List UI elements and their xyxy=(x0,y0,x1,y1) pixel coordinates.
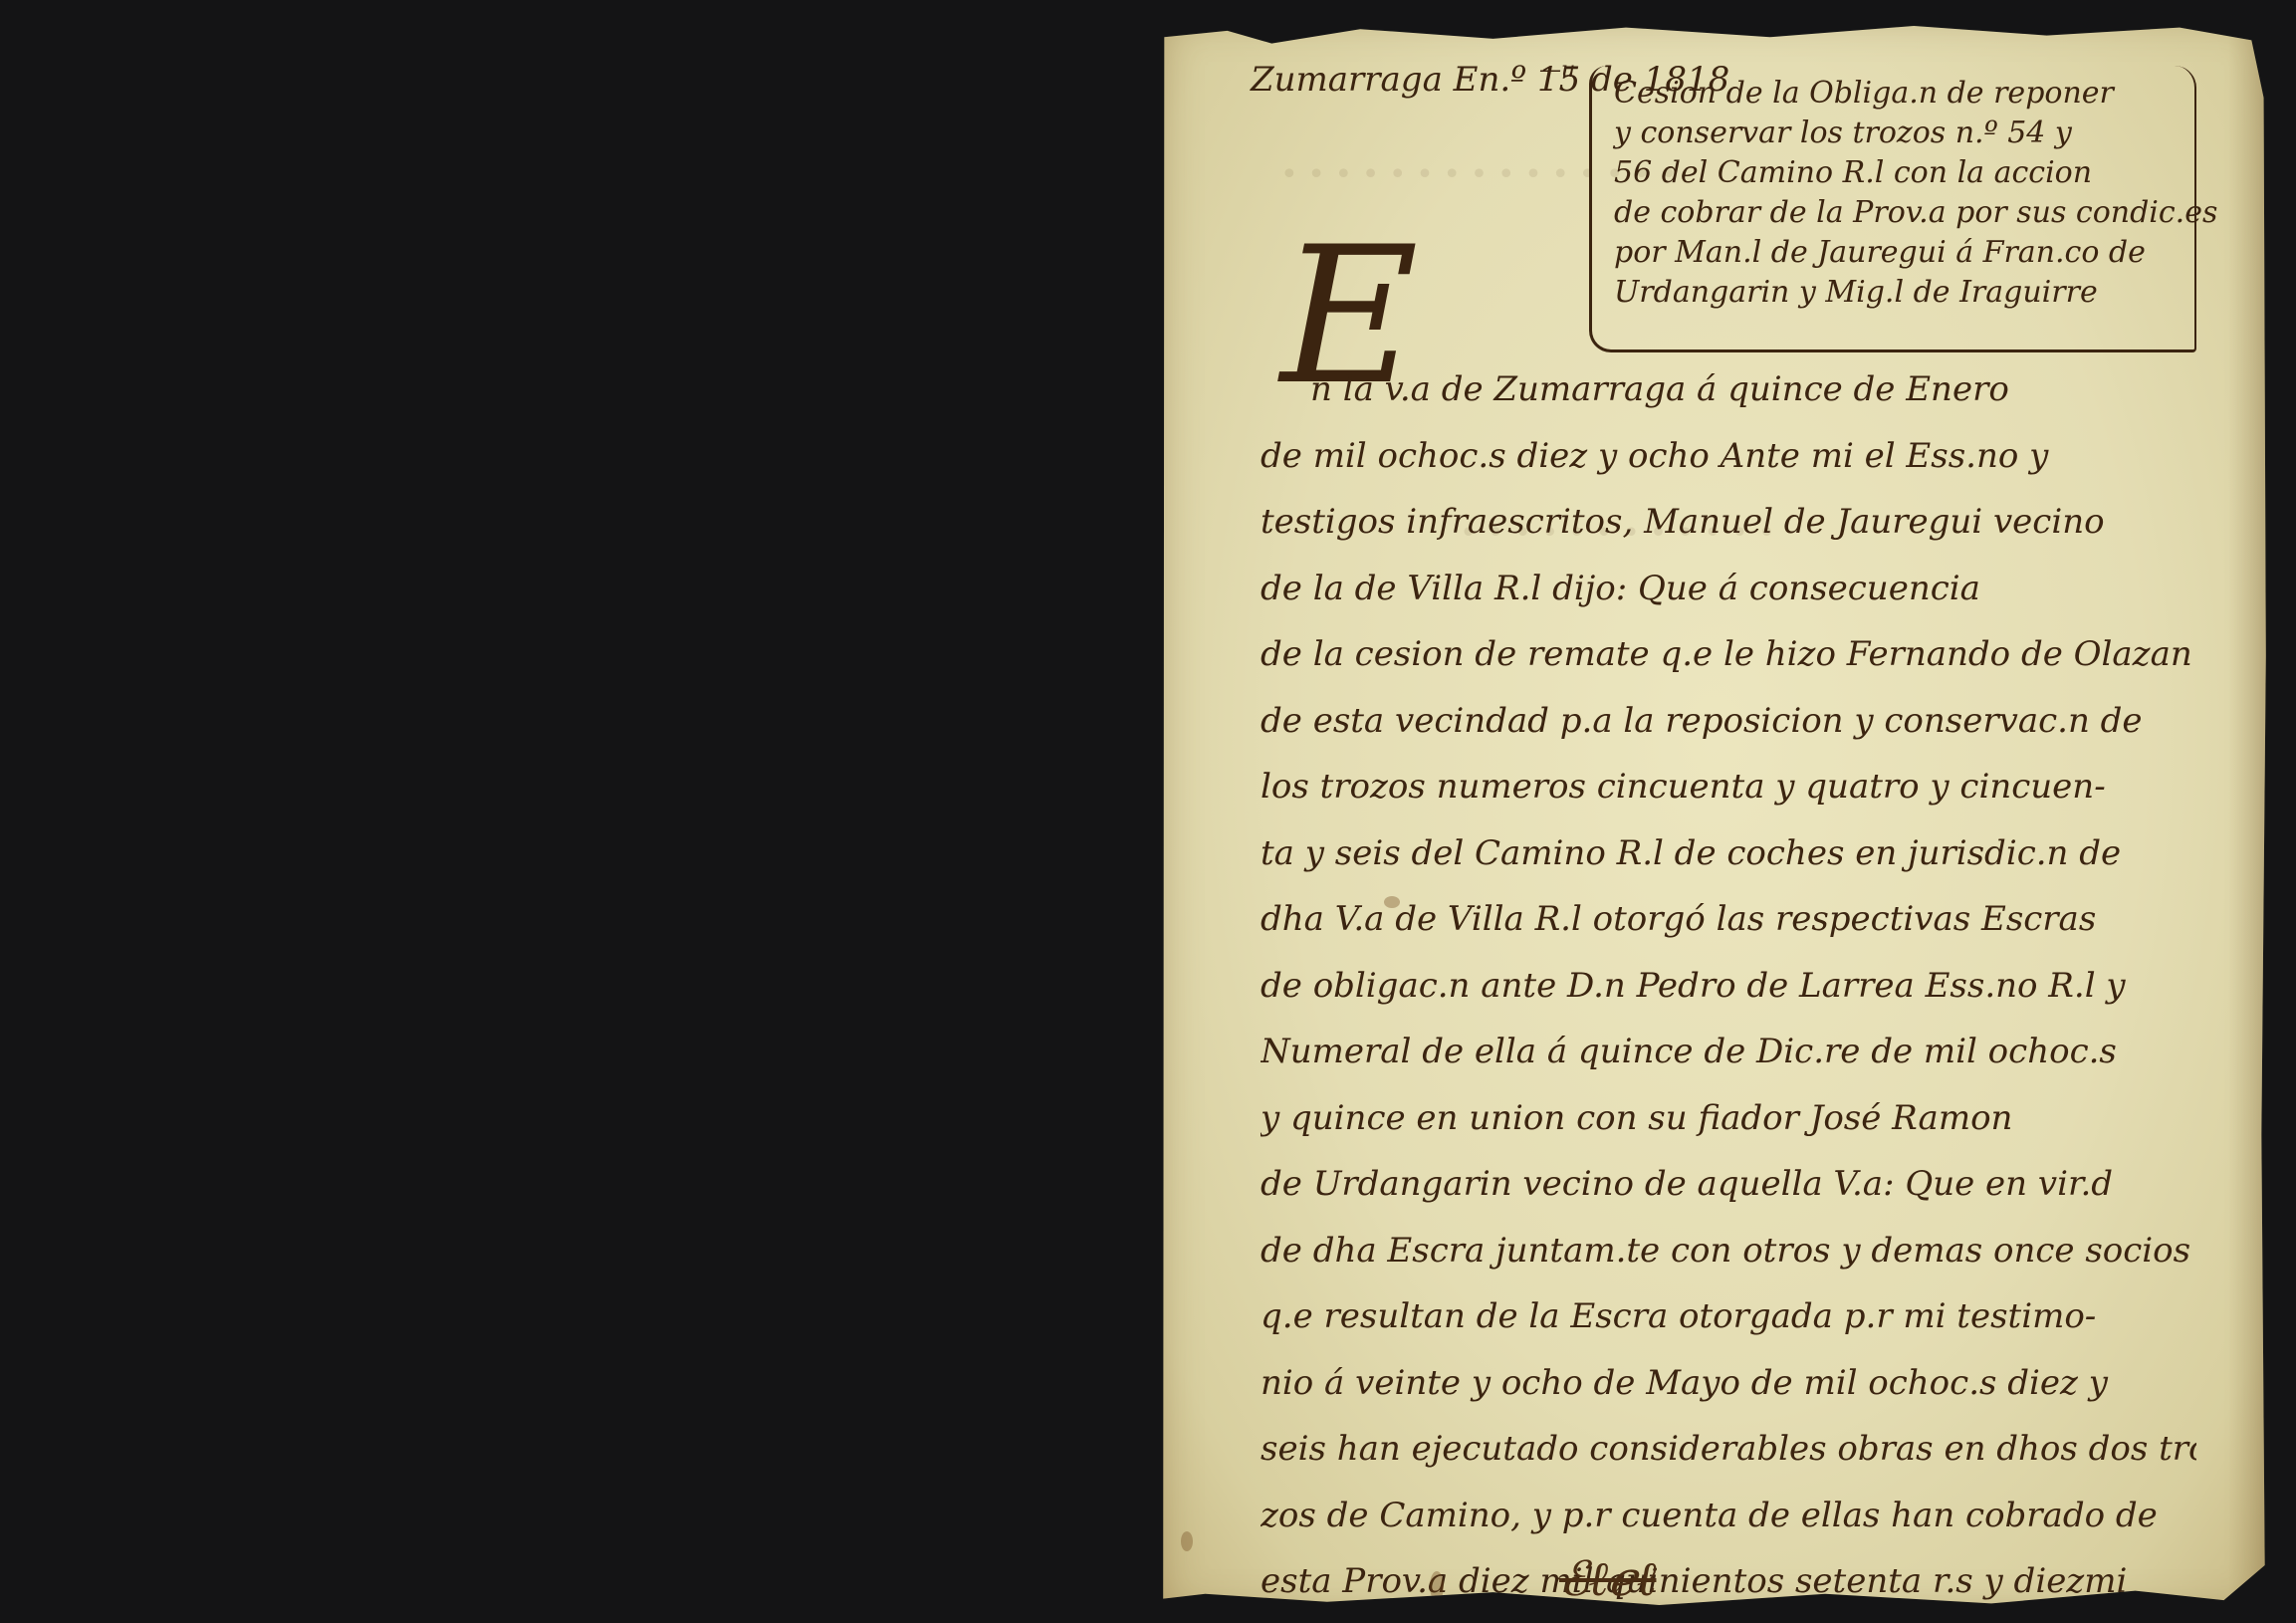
image-viewer-background: • • • • • • • • • • • • • • • • • • • • … xyxy=(0,0,2296,1623)
body-line: de dha Escra juntam.te con otros y demas… xyxy=(1261,1218,2196,1284)
manuscript-body: n la v.a de Zumarraga á quince de Enero … xyxy=(1261,356,2196,1615)
body-line: seis han ejecutado considerables obras e… xyxy=(1261,1416,2196,1483)
body-line: nio á veinte y ocho de Mayo de mil ochoc… xyxy=(1261,1350,2196,1417)
margin-marker: —u xyxy=(1539,58,1575,83)
body-line: q.e resultan de la Escra otorgada p.r mi… xyxy=(1261,1283,2196,1350)
body-line: los trozos numeros cincuenta y quatro y … xyxy=(1261,754,2196,820)
ink-stain xyxy=(1430,1571,1444,1601)
body-line: de obligac.n ante D.n Pedro de Larrea Es… xyxy=(1261,953,2196,1020)
summary-line: Cesion de la Obliga.n de reponer xyxy=(1614,74,2194,114)
signature-flourish: ℰℓℯℓ xyxy=(1559,1551,1656,1607)
ink-stain xyxy=(1181,1531,1193,1551)
body-line: zos de Camino, y p.r cuenta de ellas han… xyxy=(1261,1483,2196,1549)
summary-line: y conservar los trozos n.º 54 y xyxy=(1614,114,2194,153)
body-line: de mil ochoc.s diez y ocho Ante mi el Es… xyxy=(1261,423,2196,490)
summary-line: de cobrar de la Prov.a por sus condic.es xyxy=(1614,193,2194,233)
body-line: y quince en union con su fiador José Ram… xyxy=(1261,1085,2196,1152)
summary-line: por Man.l de Jauregui á Fran.co de xyxy=(1614,233,2194,273)
manuscript-page: • • • • • • • • • • • • • • • • • • • • … xyxy=(1161,18,2268,1613)
body-line: Numeral de ella á quince de Dic.re de mi… xyxy=(1261,1019,2196,1085)
body-line: esta Prov.a diez mil quinientos setenta … xyxy=(1261,1548,2196,1615)
summary-bracket-box: Cesion de la Obliga.n de reponer y conse… xyxy=(1589,66,2196,352)
ink-stain xyxy=(1384,896,1400,908)
summary-line: Urdangarin y Mig.l de Iraguirre xyxy=(1614,273,2194,313)
body-line: de esta vecindad p.a la reposicion y con… xyxy=(1261,688,2196,755)
body-line: de Urdangarin vecino de aquella V.a: Que… xyxy=(1261,1151,2196,1218)
body-line: dha V.a de Villa R.l otorgó las respecti… xyxy=(1261,886,2196,953)
body-line: de la cesion de remate q.e le hizo Ferna… xyxy=(1261,621,2196,688)
body-line: de la de Villa R.l dijo: Que á consecuen… xyxy=(1261,556,2196,622)
body-line: n la v.a de Zumarraga á quince de Enero xyxy=(1261,356,2196,423)
body-line: ta y seis del Camino R.l de coches en ju… xyxy=(1261,820,2196,887)
summary-line: 56 del Camino R.l con la accion xyxy=(1614,153,2194,193)
body-line: testigos infraescritos, Manuel de Jaureg… xyxy=(1261,489,2196,556)
